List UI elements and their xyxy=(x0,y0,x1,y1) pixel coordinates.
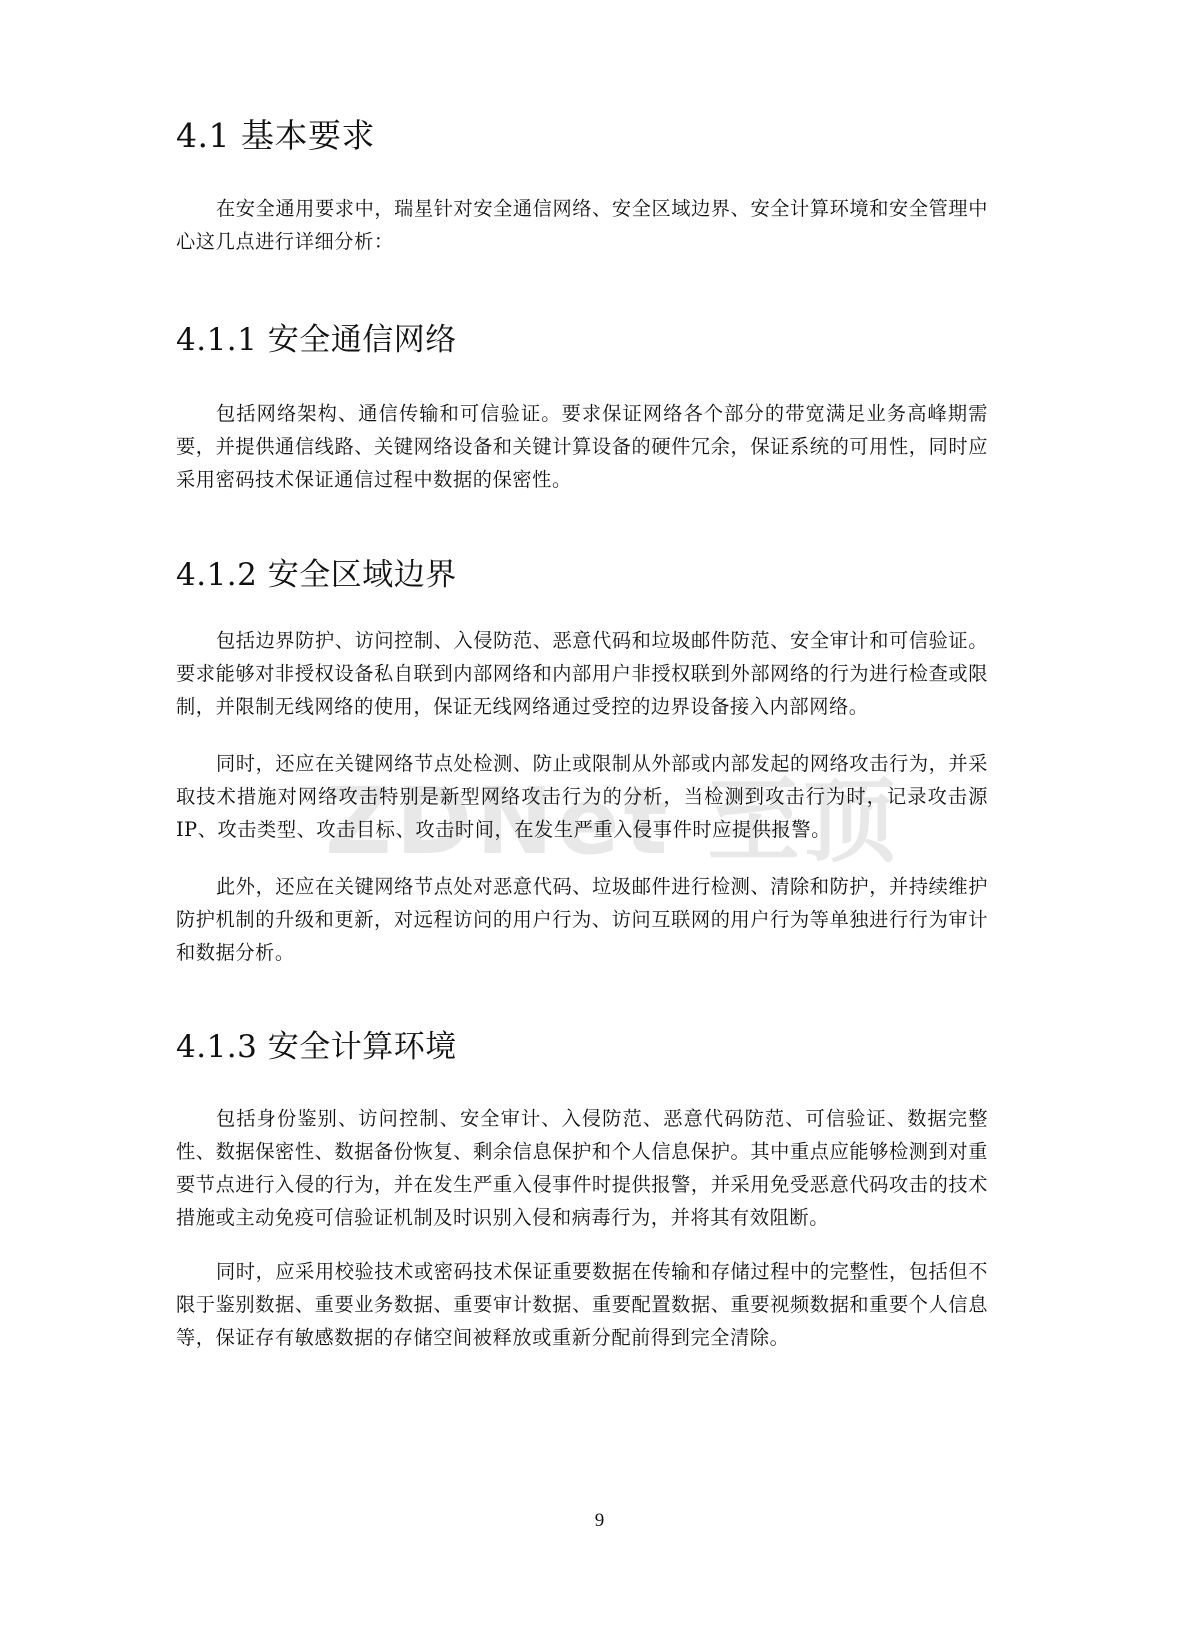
section-heading-4-1-3: 4.1.3 安全计算环境 xyxy=(176,1027,457,1067)
document-page: ZDNet 至顶 4.1 基本要求 在安全通用要求中，瑞星针对安全通信网络、安全… xyxy=(0,0,1199,1627)
paragraph: 包括边界防护、访问控制、入侵防范、恶意代码和垃圾邮件防范、安全审计和可信验证。要… xyxy=(176,624,988,723)
page-number: 9 xyxy=(0,1510,1199,1532)
paragraph: 包括身份鉴别、访问控制、安全审计、入侵防范、恶意代码防范、可信验证、数据完整性、… xyxy=(176,1102,988,1234)
paragraph: 在安全通用要求中，瑞星针对安全通信网络、安全区域边界、安全计算环境和安全管理中心… xyxy=(176,192,988,258)
section-heading-4-1-1: 4.1.1 安全通信网络 xyxy=(176,320,457,360)
paragraph: 同时，应采用校验技术或密码技术保证重要数据在传输和存储过程中的完整性，包括但不限… xyxy=(176,1255,988,1354)
section-heading-4-1-2: 4.1.2 安全区域边界 xyxy=(176,555,457,595)
paragraph: 此外，还应在关键网络节点处对恶意代码、垃圾邮件进行检测、清除和防护，并持续维护防… xyxy=(176,870,988,969)
section-heading-4-1: 4.1 基本要求 xyxy=(176,116,375,156)
paragraph: 同时，还应在关键网络节点处检测、防止或限制从外部或内部发起的网络攻击行为，并采取… xyxy=(176,747,988,846)
paragraph: 包括网络架构、通信传输和可信验证。要求保证网络各个部分的带宽满足业务高峰期需要，… xyxy=(176,397,988,496)
